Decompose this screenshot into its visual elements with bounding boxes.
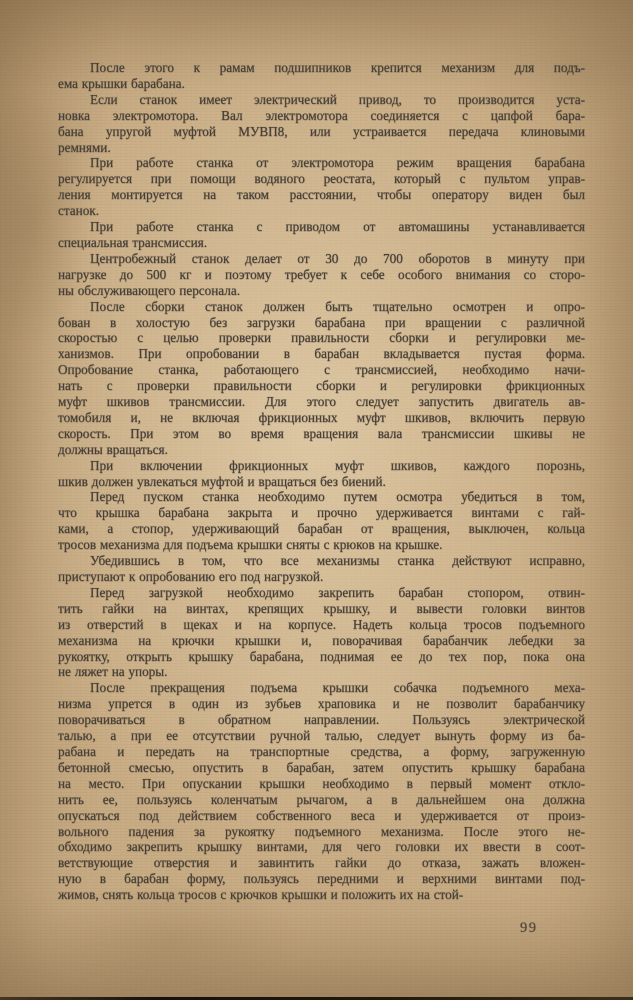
- scanned-book-page: После этого к рамам подшипников крепится…: [0, 0, 633, 1000]
- text-line: обходимо закрепить крышку винтами, для ч…: [58, 839, 585, 855]
- text-line: ема крышки барабана.: [58, 76, 585, 92]
- paragraph: После этого к рамам подшипников крепится…: [58, 60, 585, 92]
- text-line: муфт шкивов трансмиссии. Для этого следу…: [58, 394, 585, 410]
- text-line: приступают к опробованию его под нагрузк…: [58, 569, 585, 585]
- text-line: ную в барабан форму, пользуясь передними…: [58, 871, 585, 887]
- paragraph: После сборки станок должен быть тщательн…: [58, 299, 585, 458]
- text-line: При работе станка от электромотора режим…: [58, 155, 585, 171]
- text-line: бана упругой муфтой МУВП8, или устраивае…: [58, 124, 585, 140]
- text-line: ками, а стопор, удерживающий барабан от …: [58, 521, 585, 537]
- text-line: После этого к рамам подшипников крепится…: [58, 60, 585, 76]
- text-line: регулируется при помощи водяного реостат…: [58, 171, 585, 187]
- paragraph: После прекращения подъема крышки собачка…: [58, 680, 585, 903]
- paragraph: При работе станка с приводом от автомаши…: [58, 219, 585, 251]
- text-line: нать с проверки правильности сборки и ре…: [58, 378, 585, 394]
- paragraph: Перед пуском станка необходимо путем осм…: [58, 489, 585, 553]
- text-line: Перед пуском станка необходимо путем осм…: [58, 489, 585, 505]
- text-line: талью, а при ее отсутствии ручной талью,…: [58, 728, 585, 744]
- text-line: шкив должен увлекаться муфтой и вращатьс…: [58, 474, 585, 490]
- text-line: После прекращения подъема крышки собачка…: [58, 680, 585, 696]
- page-number: 99: [520, 920, 538, 937]
- text-line: нить ее, пользуясь коленчатым рычагом, а…: [58, 792, 585, 808]
- text-line: нагрузке до 500 кг и поэтому требует к с…: [58, 267, 585, 283]
- text-line: томобиля и, не включая фрикционных муфт …: [58, 410, 585, 426]
- text-line: станок.: [58, 203, 585, 219]
- text-line: тросов механизма для подъема крышки снят…: [58, 537, 585, 553]
- text-line: механизма на крючки крышки и, поворачива…: [58, 633, 585, 649]
- text-line: Центробежный станок делает от 30 до 700 …: [58, 251, 585, 267]
- text-line: что крышка барабана закрыта и прочно уде…: [58, 505, 585, 521]
- text-line: новка электромотора. Вал электромотора с…: [58, 108, 585, 124]
- text-line: При работе станка с приводом от автомаши…: [58, 219, 585, 235]
- paragraph: Центробежный станок делает от 30 до 700 …: [58, 251, 585, 299]
- text-line: ремнями.: [58, 140, 585, 156]
- text-line: Если станок имеет электрический привод, …: [58, 92, 585, 108]
- text-line: При включении фрикционных муфт шкивов, к…: [58, 458, 585, 474]
- paragraph: При работе станка от электромотора режим…: [58, 155, 585, 219]
- text-line: рабана и передать на транспортные средст…: [58, 744, 585, 760]
- text-line: низма упрется в один из зубьев храповика…: [58, 696, 585, 712]
- text-line: должны вращаться.: [58, 442, 585, 458]
- text-line: опускаться под действием собственного ве…: [58, 808, 585, 824]
- paragraph: Перед загрузкой необходимо закрепить бар…: [58, 585, 585, 680]
- paragraph: Убедившись в том, что все механизмы стан…: [58, 553, 585, 585]
- text-line: ханизмов. При опробовании в барабан вкла…: [58, 346, 585, 362]
- text-line: скоростью с целью проверки правильности …: [58, 330, 585, 346]
- text-line: Опробование станка, работающего с трансм…: [58, 362, 585, 378]
- text-line: вольного падения за рукоятку подъемного …: [58, 824, 585, 840]
- text-line: Убедившись в том, что все механизмы стан…: [58, 553, 585, 569]
- text-line: поворачиваться в обратном направлении. П…: [58, 712, 585, 728]
- paragraph: При включении фрикционных муфт шкивов, к…: [58, 458, 585, 490]
- text-line: Перед загрузкой необходимо закрепить бар…: [58, 585, 585, 601]
- text-line: ны обслуживающего персонала.: [58, 283, 585, 299]
- text-line: рукоятку, открыть крышку барабана, подни…: [58, 649, 585, 665]
- text-line: ления монтируется на таком расстоянии, ч…: [58, 187, 585, 203]
- text-line: не ляжет на упоры.: [58, 664, 585, 680]
- text-line: из отверстий в щеках и на корпусе. Надет…: [58, 617, 585, 633]
- body-text: После этого к рамам подшипников крепится…: [58, 60, 585, 903]
- text-line: бован в холостую без загрузки барабана п…: [58, 315, 585, 331]
- text-line: скорость. При этом во время вращения вал…: [58, 426, 585, 442]
- text-line: жимов, снять кольца тросов с крючков кры…: [58, 887, 585, 903]
- text-line: бетонной смесью, опустить в барабан, зат…: [58, 760, 585, 776]
- text-line: на место. При опускании крышки необходим…: [58, 776, 585, 792]
- text-line: тить гайки на винтах, крепящих крышку, и…: [58, 601, 585, 617]
- text-line: ветствующие отверстия и завинтить гайки …: [58, 855, 585, 871]
- text-line: специальная трансмиссия.: [58, 235, 585, 251]
- paragraph: Если станок имеет электрический привод, …: [58, 92, 585, 156]
- text-line: После сборки станок должен быть тщательн…: [58, 299, 585, 315]
